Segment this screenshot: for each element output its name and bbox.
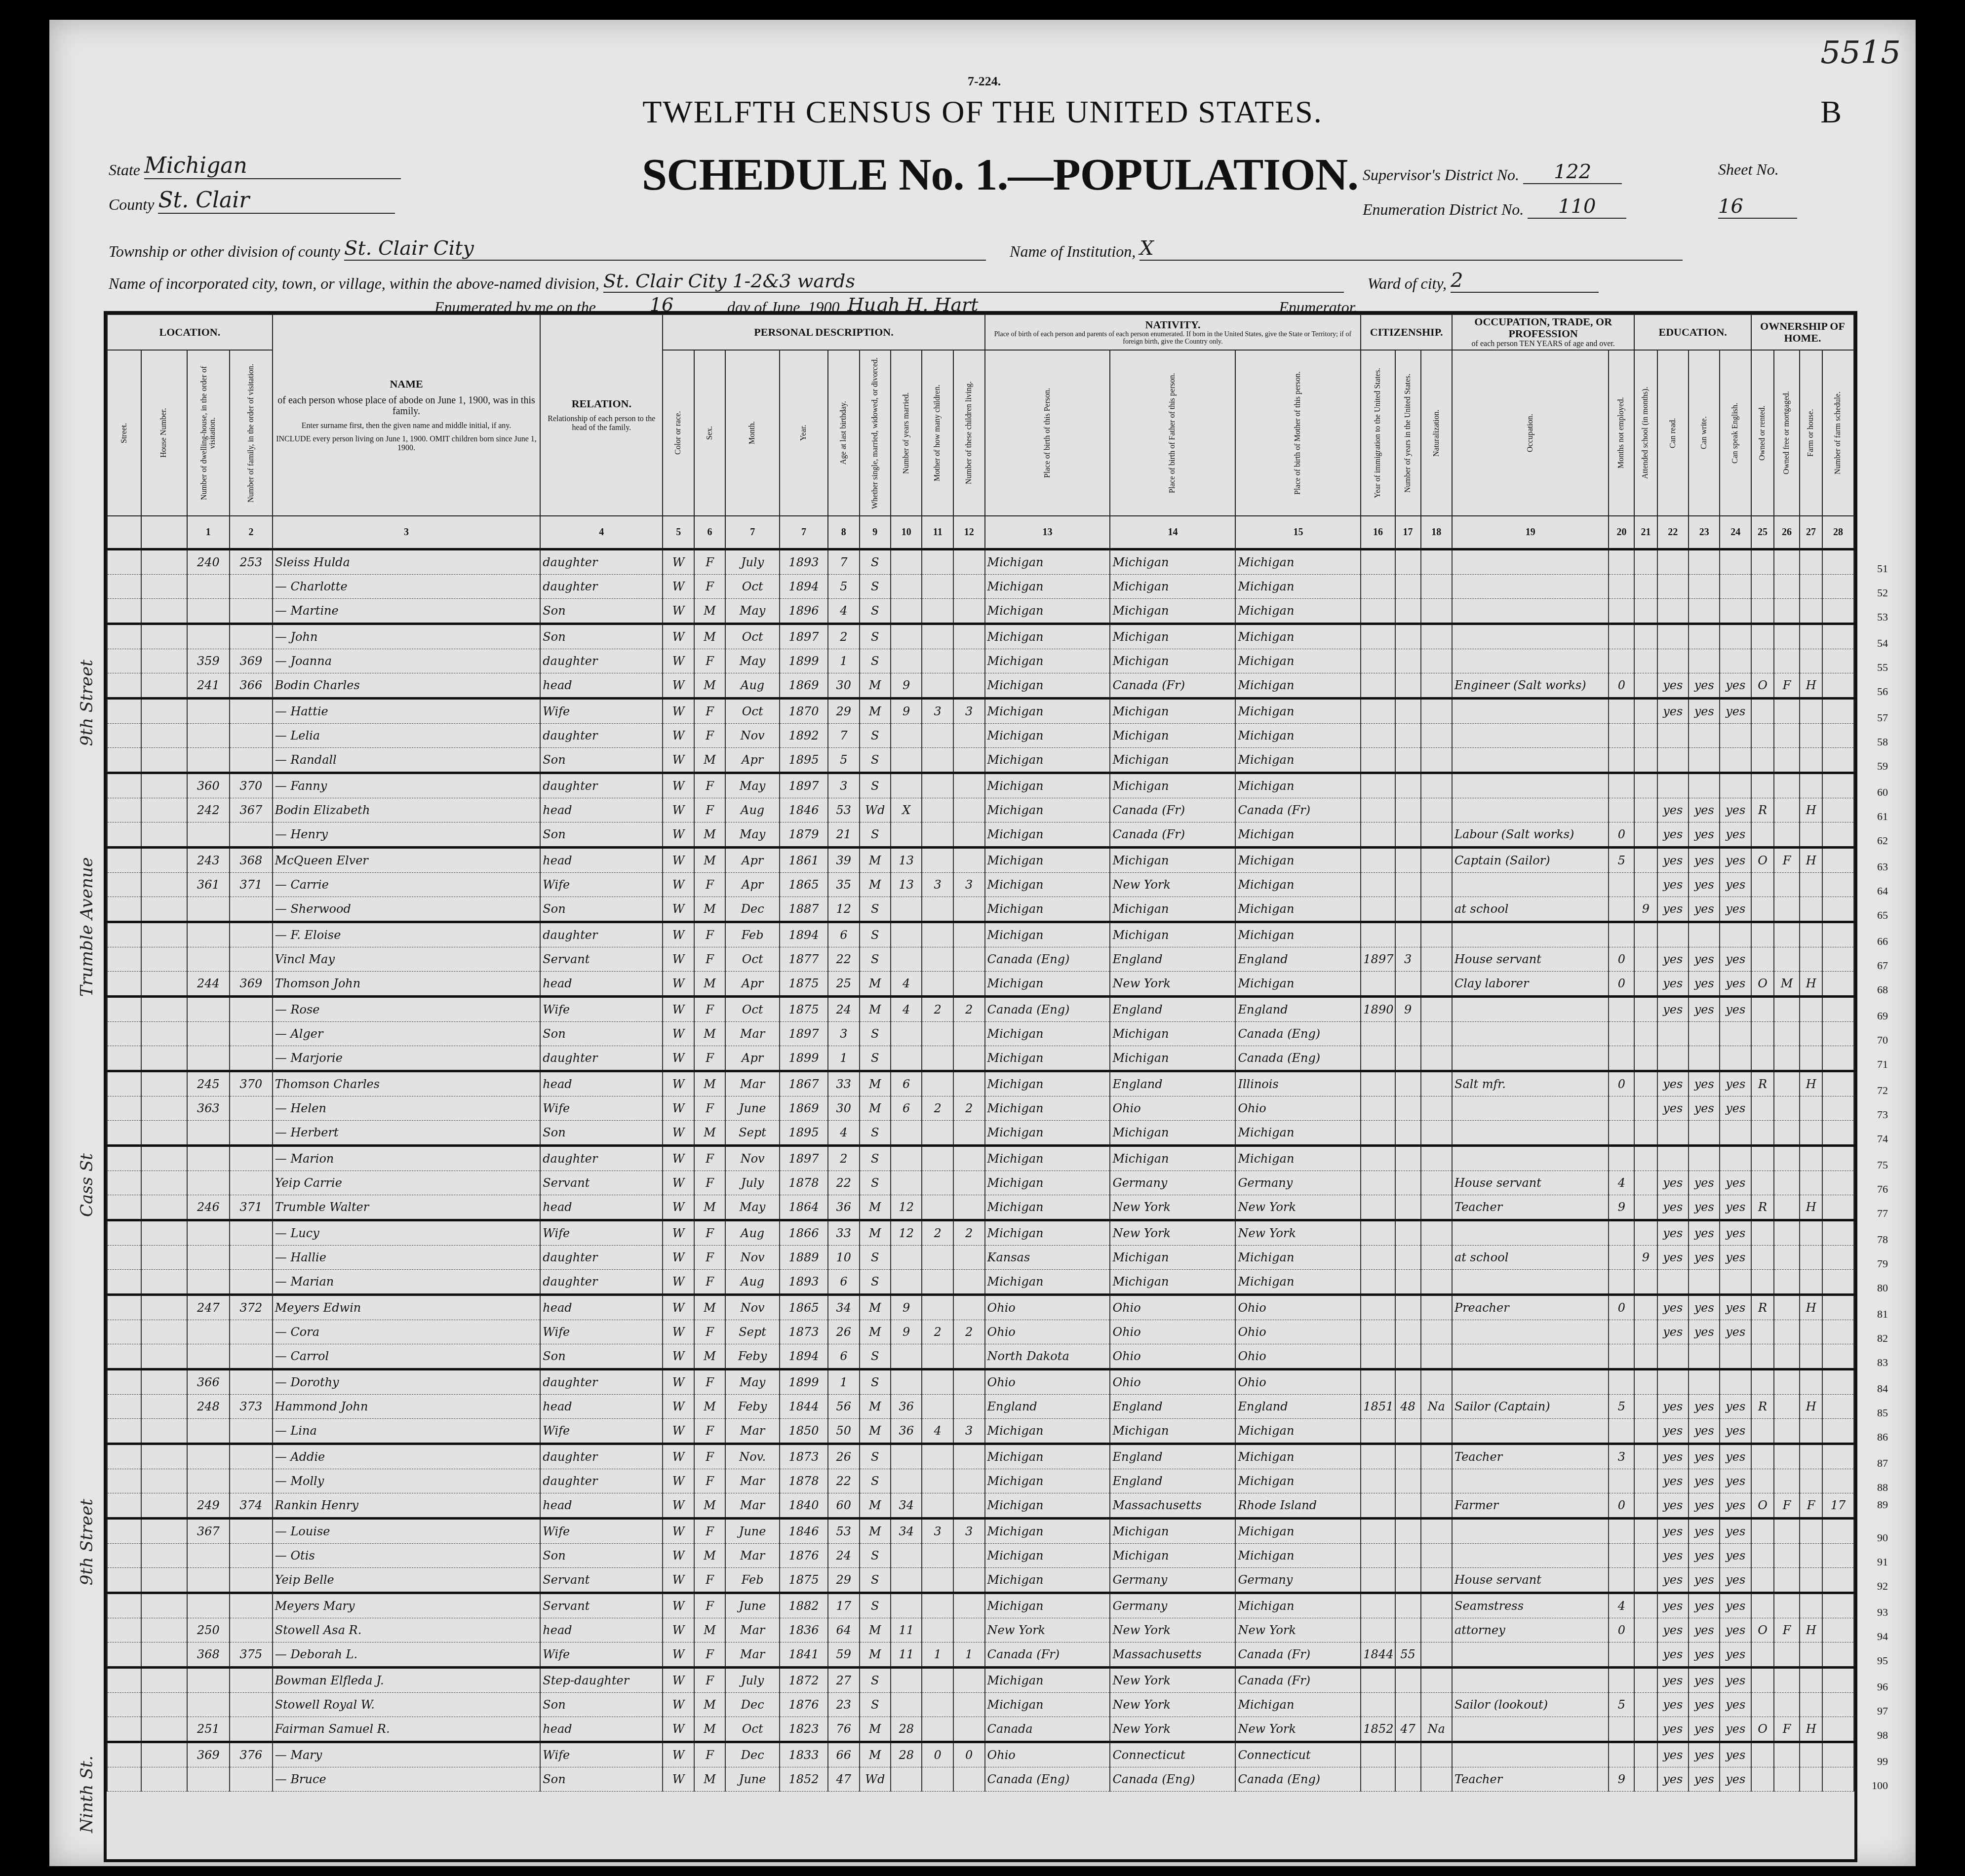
cell-family: 371 [230,1195,273,1220]
cell-mother-birth: Michigan [1235,1444,1361,1469]
cell-dwelling [187,1269,230,1294]
cell-relation: Wife [540,1742,663,1767]
cell-read: yes [1657,1171,1689,1195]
cell-dwelling [187,1543,230,1567]
cell-mother-of [922,1269,953,1294]
cell-color: W [663,1567,694,1593]
cell-school [1634,798,1657,822]
cell-color: W [663,574,694,598]
cell-birth: Michigan [985,1171,1110,1195]
cell-write: yes [1689,1096,1720,1120]
cell-occupation [1452,996,1609,1021]
cell-dwelling: 246 [187,1195,230,1220]
column-label: Owned or rented. [1751,350,1774,516]
cell-months-unemp [1609,1220,1634,1245]
cell-marital: S [860,1120,891,1145]
cell-imm: 1852 [1361,1717,1395,1742]
cell-farm [1800,1046,1822,1071]
cell-mother-birth: Canada (Fr) [1235,1667,1361,1692]
cell-month: Dec [725,1692,780,1717]
cell-read: yes [1657,897,1689,922]
cell-mother-of [922,574,953,598]
cell-imm [1361,1294,1395,1320]
cell-birth: Michigan [985,698,1110,723]
cell-family [230,1444,273,1469]
cell-mother-of [922,1667,953,1692]
cell-month: Nov. [725,1444,780,1469]
cell-nat [1421,1667,1452,1692]
cell-name: — F. Eloise [273,922,540,947]
cell-dwelling [187,822,230,847]
cell-name: Meyers Edwin [273,1294,540,1320]
cell-sex: M [694,1394,725,1418]
cell-marital: M [860,673,891,698]
cell-year: 1894 [780,922,828,947]
cell-street [107,1618,141,1642]
cell-name: Thomson Charles [273,1071,540,1096]
cell-read: yes [1657,798,1689,822]
cell-birth: Canada (Eng) [985,947,1110,971]
cell-mother-of: 2 [922,1096,953,1120]
cell-free [1774,624,1800,649]
cell-yrs-us [1395,1742,1421,1767]
cell-birth: Michigan [985,1543,1110,1567]
column-label: Color or race. [663,350,694,516]
cell-write [1689,922,1720,947]
line-number: 74 [1877,1133,1888,1145]
cell-house-number [141,1320,187,1344]
cell-free [1774,822,1800,847]
cell-sex: M [694,1021,725,1046]
township-value: St. Clair City [344,237,986,261]
cell-imm [1361,624,1395,649]
cell-imm [1361,1269,1395,1294]
cell-farm: H [1800,1618,1822,1642]
cell-relation: head [540,1493,663,1518]
cell-birth: Michigan [985,1667,1110,1692]
cell-relation: Wife [540,1518,663,1543]
cell-family [230,1171,273,1195]
street-annotation: 9th Street [77,660,97,746]
line-number: 90 [1877,1531,1888,1544]
cell-occupation: House servant [1452,1567,1609,1593]
cell-mother-birth: Michigan [1235,1245,1361,1269]
cell-sex: F [694,1567,725,1593]
cell-house-number [141,1418,187,1444]
cell-owned [1751,649,1774,673]
cell-house-number [141,598,187,624]
cell-farm [1800,1220,1822,1245]
cell-father-birth: New York [1110,971,1235,996]
cell-street [107,773,141,798]
cell-year: 1823 [780,1717,828,1742]
cell-read: yes [1657,1518,1689,1543]
cell-family: 372 [230,1294,273,1320]
cell-months-unemp [1609,872,1634,897]
column-number: 1 [187,516,230,549]
column-number: 20 [1609,516,1634,549]
cell-father-birth: Ohio [1110,1294,1235,1320]
cell-free [1774,1444,1800,1469]
cell-dwelling [187,574,230,598]
cell-yrs-us: 3 [1395,947,1421,971]
cell-free [1774,798,1800,822]
cell-name: — Otis [273,1543,540,1567]
cell-age: 24 [828,1543,859,1567]
cell-street [107,1195,141,1220]
cell-father-birth: Canada (Fr) [1110,673,1235,698]
cell-english: yes [1720,1567,1751,1593]
cell-father-birth: Michigan [1110,922,1235,947]
cell-sex: F [694,1046,725,1071]
cell-dwelling [187,698,230,723]
cell-farm: H [1800,971,1822,996]
cell-year: 1850 [780,1418,828,1444]
cell-free [1774,549,1800,574]
cell-owned: R [1751,1071,1774,1096]
cell-dwelling: 241 [187,673,230,698]
cell-nat [1421,549,1452,574]
cell-farm-no: 1789 [1822,1493,1854,1518]
cell-house-number [141,747,187,773]
cell-farm-no: 76 [1822,1171,1854,1195]
cell-farm-no: 87 [1822,1444,1854,1469]
cell-english: yes [1720,1742,1751,1767]
column-label: Naturalization. [1421,350,1452,516]
cell-school [1634,747,1657,773]
table-row: 366— DorothydaughterWFMay18991SOhioOhioO… [107,1369,1854,1394]
cell-read [1657,549,1689,574]
cell-year: 1899 [780,1046,828,1071]
cell-year: 1895 [780,747,828,773]
cell-yrs-us [1395,1046,1421,1071]
cell-farm [1800,996,1822,1021]
cell-imm [1361,673,1395,698]
cell-marital: S [860,574,891,598]
cell-sex: M [694,1294,725,1320]
cell-owned [1751,1269,1774,1294]
cell-marital: S [860,549,891,574]
cell-living [953,1171,985,1195]
cell-farm-no: 93 [1822,1593,1854,1618]
cell-mother-of [922,1145,953,1171]
cell-school [1634,1369,1657,1394]
cell-free [1774,1667,1800,1692]
cell-occupation: Teacher [1452,1767,1609,1791]
cell-name: — Herbert [273,1120,540,1145]
cell-sex: M [694,747,725,773]
column-number: 23 [1689,516,1720,549]
table-row: — MarjoriedaughterWFApr18991SMichiganMic… [107,1046,1854,1071]
line-number: 52 [1877,586,1888,599]
cell-year: 1873 [780,1444,828,1469]
cell-year: 1879 [780,822,828,847]
cell-relation: daughter [540,723,663,747]
cell-occupation: Farmer [1452,1493,1609,1518]
cell-dwelling: 249 [187,1493,230,1518]
cell-free [1774,1469,1800,1493]
cell-month: Oct [725,624,780,649]
cell-sex: F [694,1667,725,1692]
cell-free: F [1774,847,1800,872]
cell-school [1634,1171,1657,1195]
cell-imm [1361,1071,1395,1096]
cell-birth: Canada (Eng) [985,1767,1110,1791]
cell-name: Bowman Elfleda J. [273,1667,540,1692]
cell-living [953,1469,985,1493]
cell-school [1634,1567,1657,1593]
cell-write: yes [1689,872,1720,897]
cell-school [1634,947,1657,971]
cell-street [107,1294,141,1320]
cell-color: W [663,1245,694,1269]
page-stamp-number: 5515 [1820,35,1901,71]
cell-sex: M [694,822,725,847]
cell-free [1774,1021,1800,1046]
cell-age: 4 [828,598,859,624]
street-annotation: Ninth St. [77,1756,97,1833]
cell-school [1634,598,1657,624]
cell-street [107,798,141,822]
cell-color: W [663,1145,694,1171]
cell-relation: Wife [540,1642,663,1667]
cell-months-unemp: 0 [1609,1071,1634,1096]
cell-name: — Helen [273,1096,540,1120]
cell-mother-birth: Canada (Eng) [1235,1021,1361,1046]
cell-color: W [663,1444,694,1469]
cell-mother-of [922,598,953,624]
cell-mother-birth: Ohio [1235,1320,1361,1344]
cell-farm-no: 65 [1822,897,1854,922]
cell-age: 47 [828,1767,859,1791]
cell-read [1657,624,1689,649]
cell-year: 1894 [780,574,828,598]
cell-yrs-us [1395,1096,1421,1120]
cell-birth: North Dakota [985,1344,1110,1369]
cell-imm [1361,723,1395,747]
cell-living [953,1145,985,1171]
cell-yrs-married [891,598,922,624]
cell-yrs-married [891,1145,922,1171]
personal-description-header: PERSONAL DESCRIPTION. [663,314,984,350]
cell-birth: Michigan [985,1071,1110,1096]
cell-living: 2 [953,1220,985,1245]
cell-relation: Son [540,1120,663,1145]
cell-relation: Son [540,598,663,624]
cell-family [230,1096,273,1120]
line-number: 79 [1877,1257,1888,1270]
cell-nat [1421,1096,1452,1120]
cell-write: yes [1689,1593,1720,1618]
cell-name: — Marian [273,1269,540,1294]
cell-farm-no: 67 [1822,947,1854,971]
table-row: — MariandaughterWFAug18936SMichiganMichi… [107,1269,1854,1294]
cell-occupation: House servant [1452,947,1609,971]
column-label: Whether single, married, widowed, or div… [860,350,891,516]
cell-month: June [725,1518,780,1543]
cell-yrs-married [891,947,922,971]
cell-house-number [141,1021,187,1046]
table-row: — HalliedaughterWFNov188910SKansasMichig… [107,1245,1854,1269]
cell-house-number [141,1294,187,1320]
column-label: Year. [780,350,828,516]
cell-birth: Michigan [985,922,1110,947]
cell-occupation [1452,1642,1609,1667]
cell-month: Oct [725,574,780,598]
cell-write: yes [1689,673,1720,698]
cell-marital: S [860,624,891,649]
cell-english: yes [1720,1469,1751,1493]
cell-marital: S [860,1692,891,1717]
cell-month: Mar [725,1418,780,1444]
cell-sex: M [694,1543,725,1567]
cell-marital: M [860,1195,891,1220]
table-row: 369376— MaryWifeWFDec183366M2800OhioConn… [107,1742,1854,1767]
cell-name: — John [273,624,540,649]
cell-month: May [725,822,780,847]
cell-mother-birth: Michigan [1235,549,1361,574]
cell-read [1657,649,1689,673]
cell-read [1657,1021,1689,1046]
cell-free [1774,1518,1800,1543]
cell-farm-no: 83 [1822,1344,1854,1369]
cell-dwelling: 360 [187,773,230,798]
cell-write: yes [1689,1618,1720,1642]
cell-mother-birth: New York [1235,1220,1361,1245]
cell-free [1774,1145,1800,1171]
cell-sex: F [694,1320,725,1344]
cell-marital: M [860,1394,891,1418]
cell-name: Fairman Samuel R. [273,1717,540,1742]
column-number: 8 [828,516,859,549]
cell-english [1720,1269,1751,1294]
cell-farm-no: 68 [1822,971,1854,996]
cell-occupation [1452,1717,1609,1742]
cell-family: 369 [230,649,273,673]
column-number: 15 [1235,516,1361,549]
cell-dwelling: 367 [187,1518,230,1543]
cell-write [1689,773,1720,798]
cell-nat [1421,673,1452,698]
cell-dwelling [187,1120,230,1145]
supervisor-district-field: Supervisor's District No. 122 [1363,160,1622,184]
cell-mother-birth: Ohio [1235,1096,1361,1120]
cell-free [1774,1245,1800,1269]
cell-marital: S [860,1245,891,1269]
cell-owned [1751,1046,1774,1071]
cell-nat: Na [1421,1394,1452,1418]
enumeration-district-value: 110 [1528,195,1626,219]
cell-farm [1800,723,1822,747]
cell-age: 60 [828,1493,859,1518]
line-number: 76 [1877,1183,1888,1196]
cell-school [1634,922,1657,947]
line-number: 78 [1877,1233,1888,1246]
cell-yrs-us [1395,598,1421,624]
sheet-number: 16 [1718,195,1797,219]
cell-color: W [663,1394,694,1418]
cell-school [1634,1294,1657,1320]
cell-farm: H [1800,1717,1822,1742]
cell-birth: New York [985,1618,1110,1642]
cell-occupation: attorney [1452,1618,1609,1642]
cell-house-number [141,723,187,747]
table-row: Vincl MayServantWFOct187722SCanada (Eng)… [107,947,1854,971]
cell-color: W [663,747,694,773]
cell-months-unemp [1609,1369,1634,1394]
cell-school [1634,996,1657,1021]
cell-months-unemp [1609,649,1634,673]
cell-read: yes [1657,1195,1689,1220]
cell-month: Nov [725,1294,780,1320]
cell-relation: Son [540,1543,663,1567]
cell-farm-no: 94 [1822,1618,1854,1642]
cell-farm [1800,1518,1822,1543]
cell-birth: Michigan [985,1567,1110,1593]
cell-relation: daughter [540,649,663,673]
cell-birth: Michigan [985,723,1110,747]
cell-father-birth: Canada (Fr) [1110,822,1235,847]
cell-father-birth: Michigan [1110,574,1235,598]
cell-occupation [1452,1021,1609,1046]
cell-color: W [663,723,694,747]
cell-farm: H [1800,1394,1822,1418]
cell-marital: S [860,773,891,798]
cell-street [107,1692,141,1717]
cell-month: Dec [725,1742,780,1767]
cell-age: 6 [828,1344,859,1369]
cell-yrs-married: 4 [891,971,922,996]
cell-mother-birth: Michigan [1235,574,1361,598]
cell-dwelling: 245 [187,1071,230,1096]
cell-yrs-married [891,549,922,574]
cell-farm: H [1800,1195,1822,1220]
cell-imm [1361,574,1395,598]
cell-occupation [1452,773,1609,798]
cell-occupation: Captain (Sailor) [1452,847,1609,872]
cell-yrs-us [1395,1593,1421,1618]
cell-mother-of: 2 [922,1220,953,1245]
cell-birth: Ohio [985,1320,1110,1344]
cell-marital: M [860,971,891,996]
cell-yrs-us [1395,971,1421,996]
column-number: 6 [694,516,725,549]
cell-mother-birth: Michigan [1235,598,1361,624]
cell-free [1774,1046,1800,1071]
cell-farm [1800,1320,1822,1344]
cell-color: W [663,1046,694,1071]
cell-school [1634,698,1657,723]
cell-write: yes [1689,798,1720,822]
cell-yrs-married: 11 [891,1642,922,1667]
cell-yrs-married: 4 [891,996,922,1021]
cell-owned [1751,996,1774,1021]
cell-color: W [663,1593,694,1618]
cell-relation: Son [540,1692,663,1717]
cell-yrs-us [1395,1220,1421,1245]
cell-nat [1421,1320,1452,1344]
cell-year: 1892 [780,723,828,747]
cell-farm-no: 75 [1822,1145,1854,1171]
line-number: 68 [1877,983,1888,996]
cell-relation: head [540,1195,663,1220]
cell-farm-no: 85 [1822,1394,1854,1418]
cell-age: 53 [828,1518,859,1543]
column-label: Farm or house. [1800,350,1822,516]
cell-school: 9 [1634,897,1657,922]
cell-father-birth: Michigan [1110,1518,1235,1543]
cell-free [1774,996,1800,1021]
